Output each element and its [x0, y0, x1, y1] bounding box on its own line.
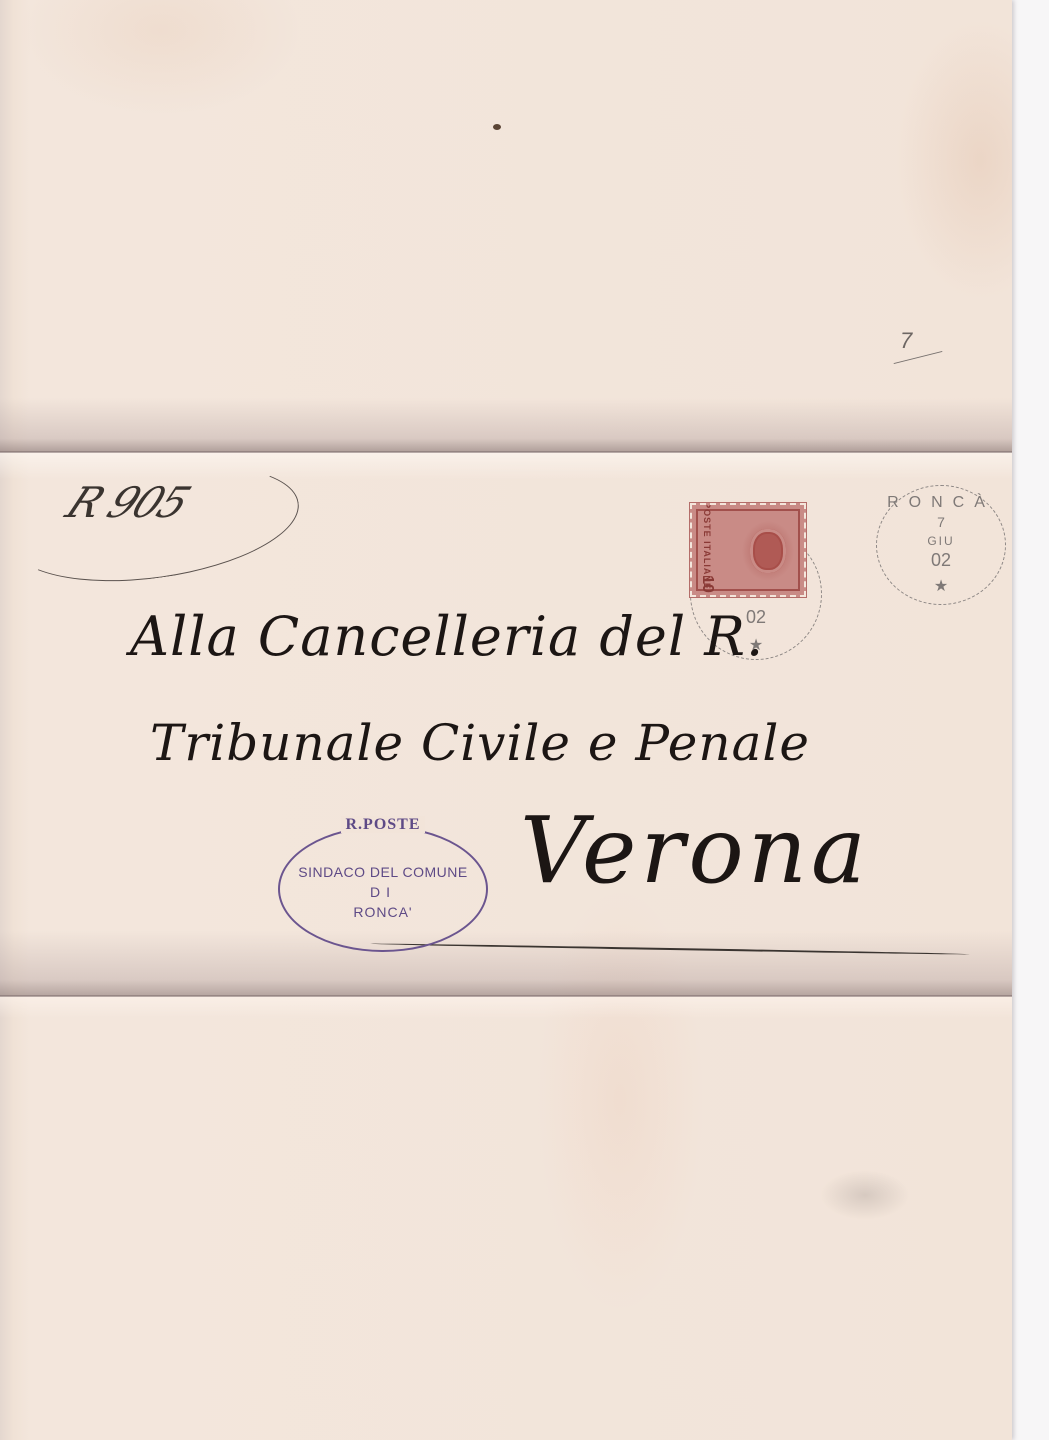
postmark-side: RONCÀ 7 GIU 02 ★ [876, 485, 1006, 605]
fold-panel-top [0, 0, 1012, 452]
king-portrait-icon [750, 529, 786, 573]
stamp-value: 10 [698, 575, 716, 593]
cachet-line-2: DI [280, 884, 486, 900]
cachet-line-3: RONCA' [280, 904, 486, 920]
star-icon: ★ [877, 576, 1005, 596]
address-city: Verona [520, 805, 870, 897]
pencil-smudge [820, 1170, 910, 1220]
cachet-title: R.POSTE [280, 816, 486, 834]
registration-note: R 905 [59, 478, 197, 527]
cachet-line-1: SINDACO DEL COMUNE [280, 864, 486, 880]
postmark-year: 02 [877, 550, 1005, 571]
ink-spot [493, 124, 501, 130]
address-line-2: Tribunale Civile e Penale [150, 718, 810, 768]
letter-sheet: 7 R 905 02 ★ POSTE ITALIANE 10 RONCÀ 7 G… [0, 0, 1012, 1440]
mayor-cachet-stamp: R.POSTE SINDACO DEL COMUNE DI RONCA' [278, 826, 488, 952]
postmark-day: 7 [877, 514, 1005, 530]
fold-line-lower [0, 995, 1012, 997]
postage-stamp: POSTE ITALIANE 10 [690, 503, 806, 597]
page-number-mark: 7 [900, 328, 912, 354]
postmark-town: RONCÀ [877, 494, 1005, 512]
postmark-month: GIU [877, 534, 1005, 548]
address-line-1: Alla Cancelleria del R. [130, 610, 764, 664]
fold-line-upper [0, 451, 1012, 453]
